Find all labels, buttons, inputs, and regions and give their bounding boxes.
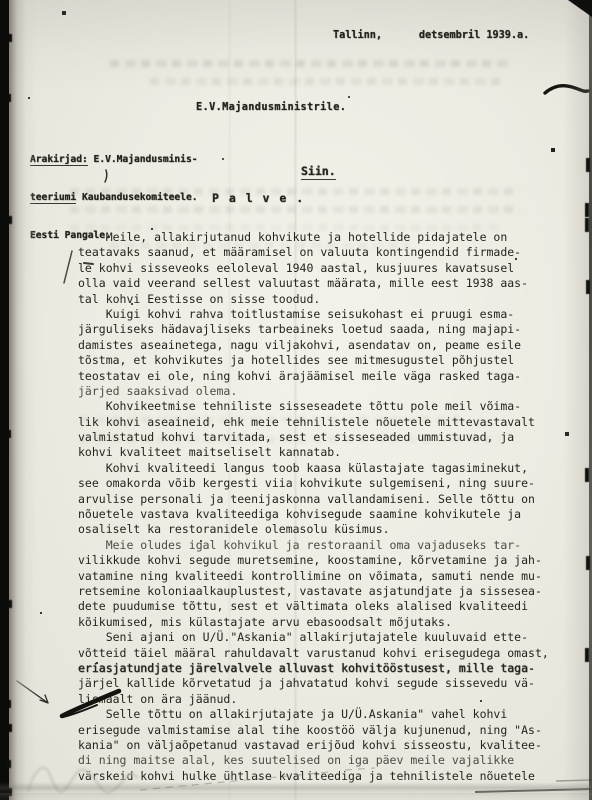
- text-line: lik kohvi aseaineid, ehk meie tehniliste…: [78, 415, 566, 430]
- text-line: see omakorda võib kergesti viia kohvikut…: [78, 476, 566, 491]
- text-line: le kohvi sisseveoks eeloleval 1940 aasta…: [78, 261, 566, 276]
- bleed-through-artifact: [150, 78, 500, 85]
- paper-edge-shadow: [9, 0, 37, 800]
- paragraph: Meie oludes igal kohvikul ja restoraanil…: [78, 538, 566, 630]
- text-line: eriasjatundjate järelvalvele alluvast ko…: [78, 661, 566, 676]
- text-line: vilikkude kohvi segude muretsemine, koos…: [78, 553, 566, 568]
- text-line: kohvi kvaliteet maitseliselt kannatab.: [78, 445, 566, 460]
- text-line: dete puudumise tõttu, sest et vältimata …: [78, 599, 566, 614]
- text-line: teatavaks saanud, et määramisel on valuu…: [78, 245, 566, 260]
- text-line: järguliseks hädavajliseks tarbeaineks lo…: [78, 322, 566, 337]
- paragraph: Kohvikeetmise tehniliste sisseseadete tõ…: [78, 399, 566, 461]
- paragraph: Meile, allakirjutanud kohvikute ja hotel…: [78, 230, 566, 307]
- paper-edge-shadow-right: [563, 0, 589, 800]
- text-line: erisegude valmistamise alal tihe koostöö…: [78, 723, 566, 738]
- text-line: damistes aseainetega, nagu viljakohvi, a…: [78, 338, 566, 353]
- text-line: Kohvikeetmise tehniliste sisseseadete tõ…: [78, 399, 566, 414]
- text-line: Kuigi kohvi rahva toitlustamise seisukoh…: [78, 307, 566, 322]
- text-line: järjel kallide kõrvetatud ja jahvatatud …: [78, 676, 566, 691]
- text-line: tal kohvi Eestisse on sisse toodud.: [78, 292, 566, 307]
- here-note: Siin.: [301, 164, 336, 180]
- text-line: olla vaid veerand sellest valuutast määr…: [78, 276, 566, 291]
- text-line: retsemine koloniaalkauplustest, vastavat…: [78, 584, 566, 599]
- copies-label-underlined: Arakirjad:: [30, 154, 88, 167]
- text-line: Seni ajani on U/Ü."Askania" allakirjutaj…: [78, 630, 566, 645]
- text-line: kõikumised, mis külastajate arvu ebasood…: [78, 615, 566, 630]
- text-line: tõstma, et kohvikutes ja hotellides see …: [78, 353, 566, 368]
- text-line: teostatav ei ole, ning kohvi ärajäämisel…: [78, 369, 566, 384]
- copies-line-part: E.V.Majandusminis-: [88, 154, 198, 165]
- text-line: osaliselt ka restoranidele olemasolu küs…: [78, 522, 566, 537]
- text-line: Meile, allakirjutanud kohvikute ja hotel…: [78, 230, 566, 245]
- scan-edge-left: [0, 0, 9, 800]
- corner-fold-mark: [568, 0, 592, 17]
- copies-line: teeriumi Kaubandusekomiteele.: [30, 192, 198, 205]
- scanned-letter-page: Tallinn, detsembril 1939.a. E.V.Majandus…: [0, 0, 592, 800]
- date-line: Tallinn, detsembril 1939.a.: [333, 30, 529, 41]
- paragraph: Kohvi kvaliteedi langus toob kaasa külas…: [78, 461, 566, 538]
- text-line: Meie oludes igal kohvikul ja restoraanil…: [78, 538, 566, 553]
- bleed-through-artifact: [110, 60, 510, 67]
- text-line: di ning maitse alal, kes suutelised on i…: [78, 753, 566, 768]
- text-line: lismaalt on ära jäänud.: [78, 692, 566, 707]
- paragraph: Kuigi kohvi rahva toitlustamise seisukoh…: [78, 307, 566, 399]
- document-body: Meile, allakirjutanud kohvikute ja hotel…: [78, 230, 566, 784]
- below-fold-shade: [0, 793, 592, 800]
- dust-specks: [0, 0, 2, 2]
- recipient-line: E.V.Majandusministrile.: [196, 102, 346, 113]
- edge-ink-blobs-right: [0, 0, 4, 14]
- paragraph: Seni ajani on U/Ü."Askania" allakirjutaj…: [78, 630, 566, 707]
- copies-line-part: Kaubandusekomiteele.: [76, 192, 197, 203]
- text-line: nõuetele vastava kvaliteediga kohvisegud…: [78, 507, 566, 522]
- copies-line: Arakirjad: E.V.Majandusminis-: [30, 154, 198, 167]
- text-line: vatamine ning kvaliteedi kontrollimine o…: [78, 569, 566, 584]
- text-line: Kohvi kvaliteedi langus toob kaasa külas…: [78, 461, 566, 476]
- text-line: järjed saaksivad olema.: [78, 384, 566, 399]
- text-line: valmistatud kohvi tarvitada, sest et sis…: [78, 430, 566, 445]
- text-line: Selle tõttu on allakirjutajate ja U/Ü.As…: [78, 707, 566, 722]
- petition-heading: P a l v e .: [212, 191, 305, 205]
- paragraph: Selle tõttu on allakirjutajate ja U/Ü.As…: [78, 707, 566, 784]
- text-line: kania" on väljaõpetanud vastavad erijõud…: [78, 738, 566, 753]
- text-line: arvulise personali ja teenijaskonna vall…: [78, 492, 566, 507]
- text-line: võtteid täiel määral rahuldavalt varusta…: [78, 646, 566, 661]
